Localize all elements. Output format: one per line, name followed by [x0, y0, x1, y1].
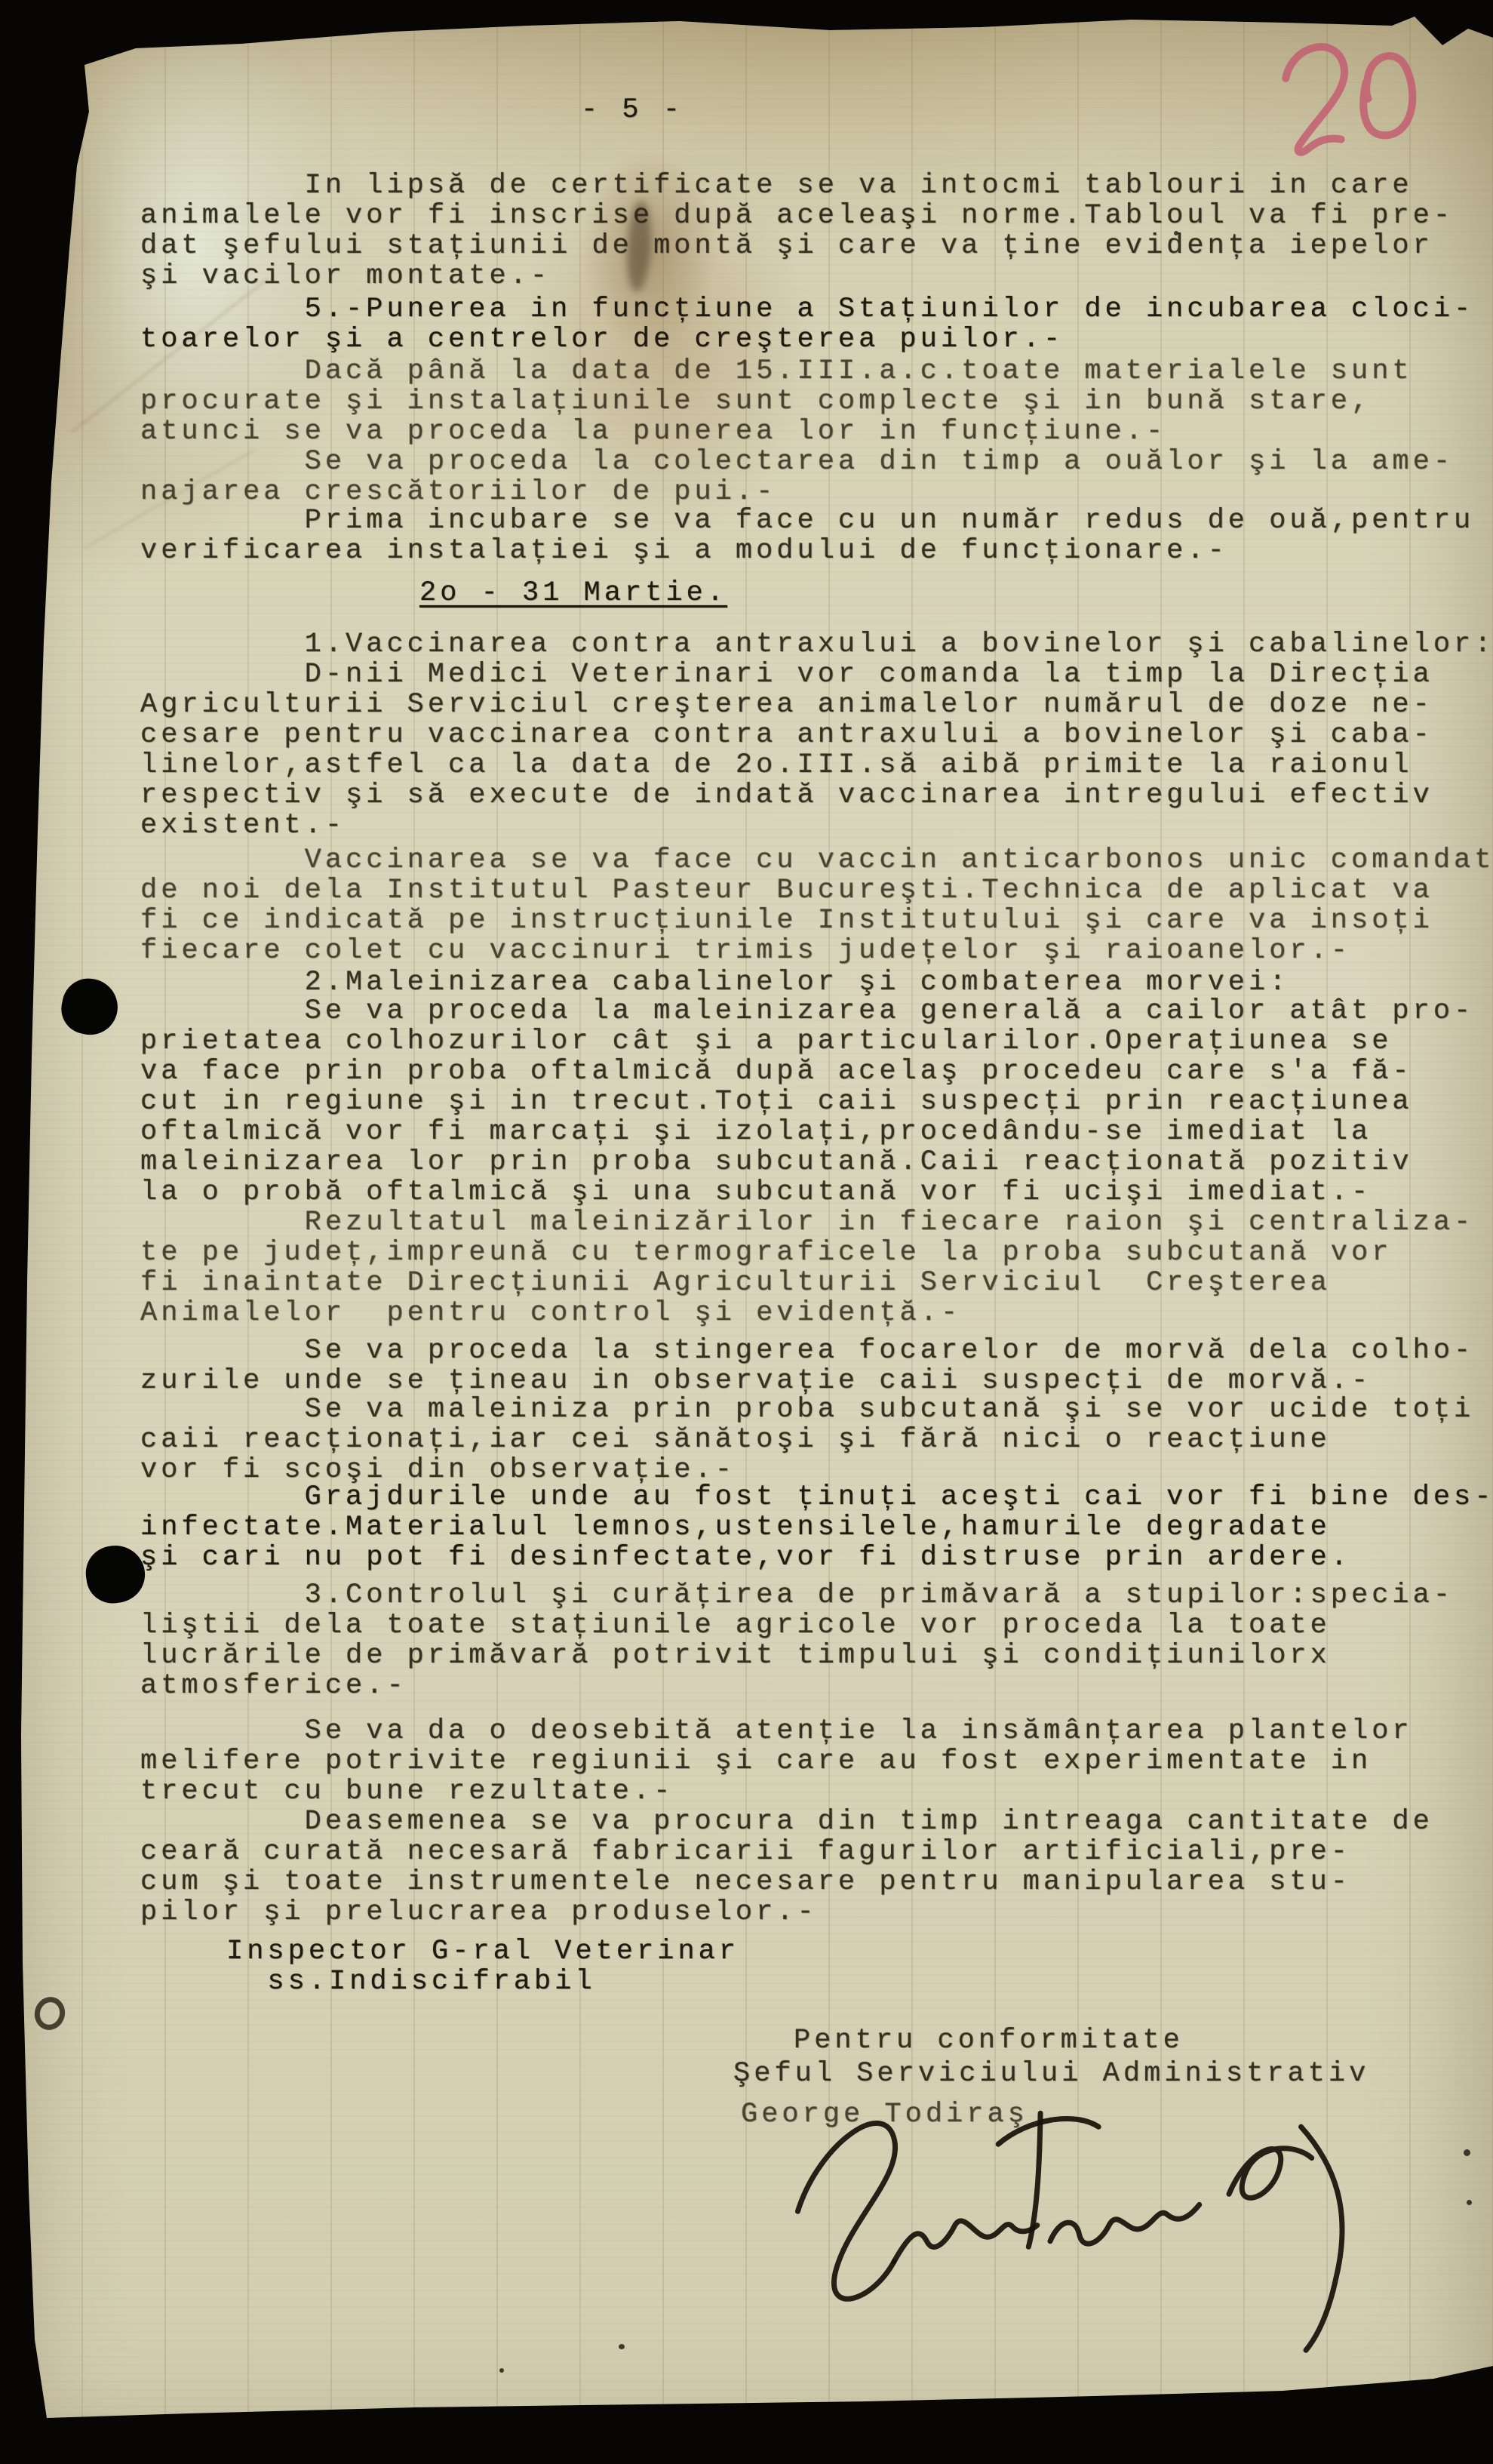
paragraph: Vaccinarea se va face cu vaccin anticarb…: [140, 845, 1493, 966]
paragraph: Deasemenea se va procura din timp intrea…: [140, 1807, 1433, 1927]
paragraph: Dacă până la data de 15.III.a.c.toate ma…: [140, 356, 1413, 447]
paragraph: 3.Controlul şi curățirea de primăvară a …: [140, 1580, 1454, 1701]
paragraph: Se va maleiniza prin proba subcutană şi …: [140, 1395, 1474, 1485]
paragraph: Grajdurile unde au fost ținuți aceşti ca…: [140, 1482, 1493, 1573]
paragraph: Se va proceda la colectarea din timp a o…: [140, 447, 1454, 507]
handwritten-signature: [777, 2042, 1373, 2382]
paragraph: Rezultatul maleinizărilor in fiecare rai…: [140, 1207, 1474, 1328]
paragraph: Se va da o deosebită atenție la insămânț…: [140, 1716, 1413, 1807]
paragraph: Prima incubare se va face cu un număr re…: [140, 506, 1474, 566]
margin-pencil-mark: [45, 140, 58, 177]
page-number: - 5 -: [581, 95, 684, 125]
paper-speck: [1464, 2149, 1470, 2156]
paragraph: In lipsă de certificate se va intocmi ta…: [140, 171, 1454, 291]
paper-speck: [499, 2368, 504, 2373]
section-heading: 2o - 31 Martie.: [419, 578, 727, 608]
paper-speck: [1467, 2200, 1472, 2205]
ink-ring-blot: [31, 1994, 69, 2034]
punch-hole: [82, 1542, 149, 1607]
paragraph: 5.-Punerea in funcțiune a Stațiunilor de…: [140, 294, 1474, 355]
paragraph: Se va proceda la stingerea focarelor de …: [140, 1336, 1474, 1396]
inspector-signature-block: Inspector G-ral Veterinar ss.Indiscifrab…: [226, 1936, 739, 1997]
paragraph: Se va proceda la maleinizarea generală a…: [140, 996, 1474, 1207]
document-page: - 5 - In lipsă de certificate se va into…: [0, 0, 1493, 2464]
punch-hole: [57, 974, 123, 1040]
paragraph: 2.Maleinizarea cabalinelor şi combaterea…: [140, 967, 1289, 998]
paper-speck: [619, 2344, 625, 2349]
red-folio-number: [1261, 27, 1435, 155]
paragraph: 1.Vaccinarea contra antraxului a bovinel…: [140, 629, 1493, 841]
